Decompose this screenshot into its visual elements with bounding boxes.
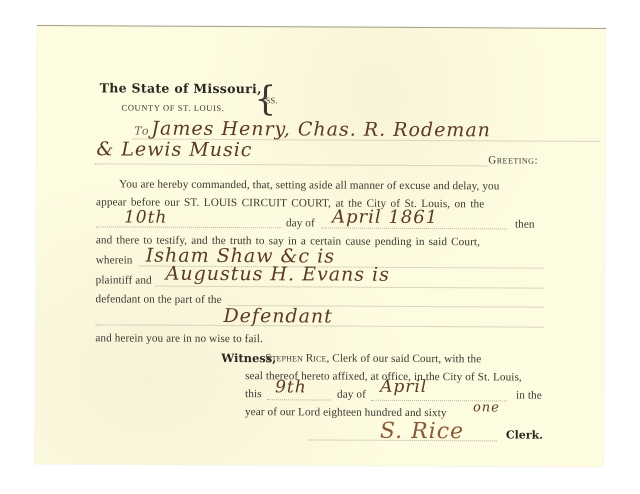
recipients-line-1: James Henry, Chas. R. Rodeman (151, 118, 491, 142)
appear-day: 10th (124, 207, 168, 227)
defendant-name: Augustus H. Evans is (166, 263, 390, 286)
day-of-label-2: day of (337, 389, 366, 401)
to-prefix: To (134, 125, 149, 138)
dotted-rule (267, 399, 331, 400)
witness-line-1: Stephen Rice, Clerk of our said Court, w… (265, 352, 481, 365)
clerk-label: Clerk. (506, 428, 543, 441)
ss-label: SS. (266, 95, 278, 105)
dotted-rule (94, 163, 488, 166)
year-written: one (473, 400, 500, 415)
state-title: The State of Missouri, (100, 80, 262, 96)
body-line-1: You are hereby commanded, that, setting … (119, 178, 499, 192)
defendant-label: defendant on the part of the (96, 293, 222, 306)
appear-month-year: April 1861 (332, 207, 438, 229)
closing-line: and herein you are in no wise to fail. (95, 332, 263, 345)
clerk-signature: S. Rice (380, 419, 464, 444)
subpoena-document: The State of Missouri, COUNTY OF ST. LOU… (35, 25, 606, 467)
greeting-label: Greeting: (488, 154, 538, 166)
wherein-label: wherein (96, 254, 133, 266)
witness-line-1-rest: , Clerk of our said Court, with the (326, 353, 481, 366)
plaintiff-label: plaintiff and (96, 274, 152, 286)
then-label: then (515, 219, 535, 231)
issue-month: April (380, 377, 427, 397)
clerk-name: Stephen Rice (265, 352, 326, 364)
issue-day: 9th (275, 377, 307, 397)
this-label: this (245, 388, 262, 400)
party-name: Defendant (223, 305, 332, 328)
dotted-rule (156, 286, 544, 289)
year-line: year of our Lord eighteen hundred and si… (245, 406, 447, 419)
day-of-label: day of (286, 217, 315, 229)
in-the-label: in the (516, 390, 542, 402)
recipients-line-2: & Lewis Music (96, 138, 252, 161)
county-label: COUNTY OF ST. LOUIS. (122, 102, 225, 113)
